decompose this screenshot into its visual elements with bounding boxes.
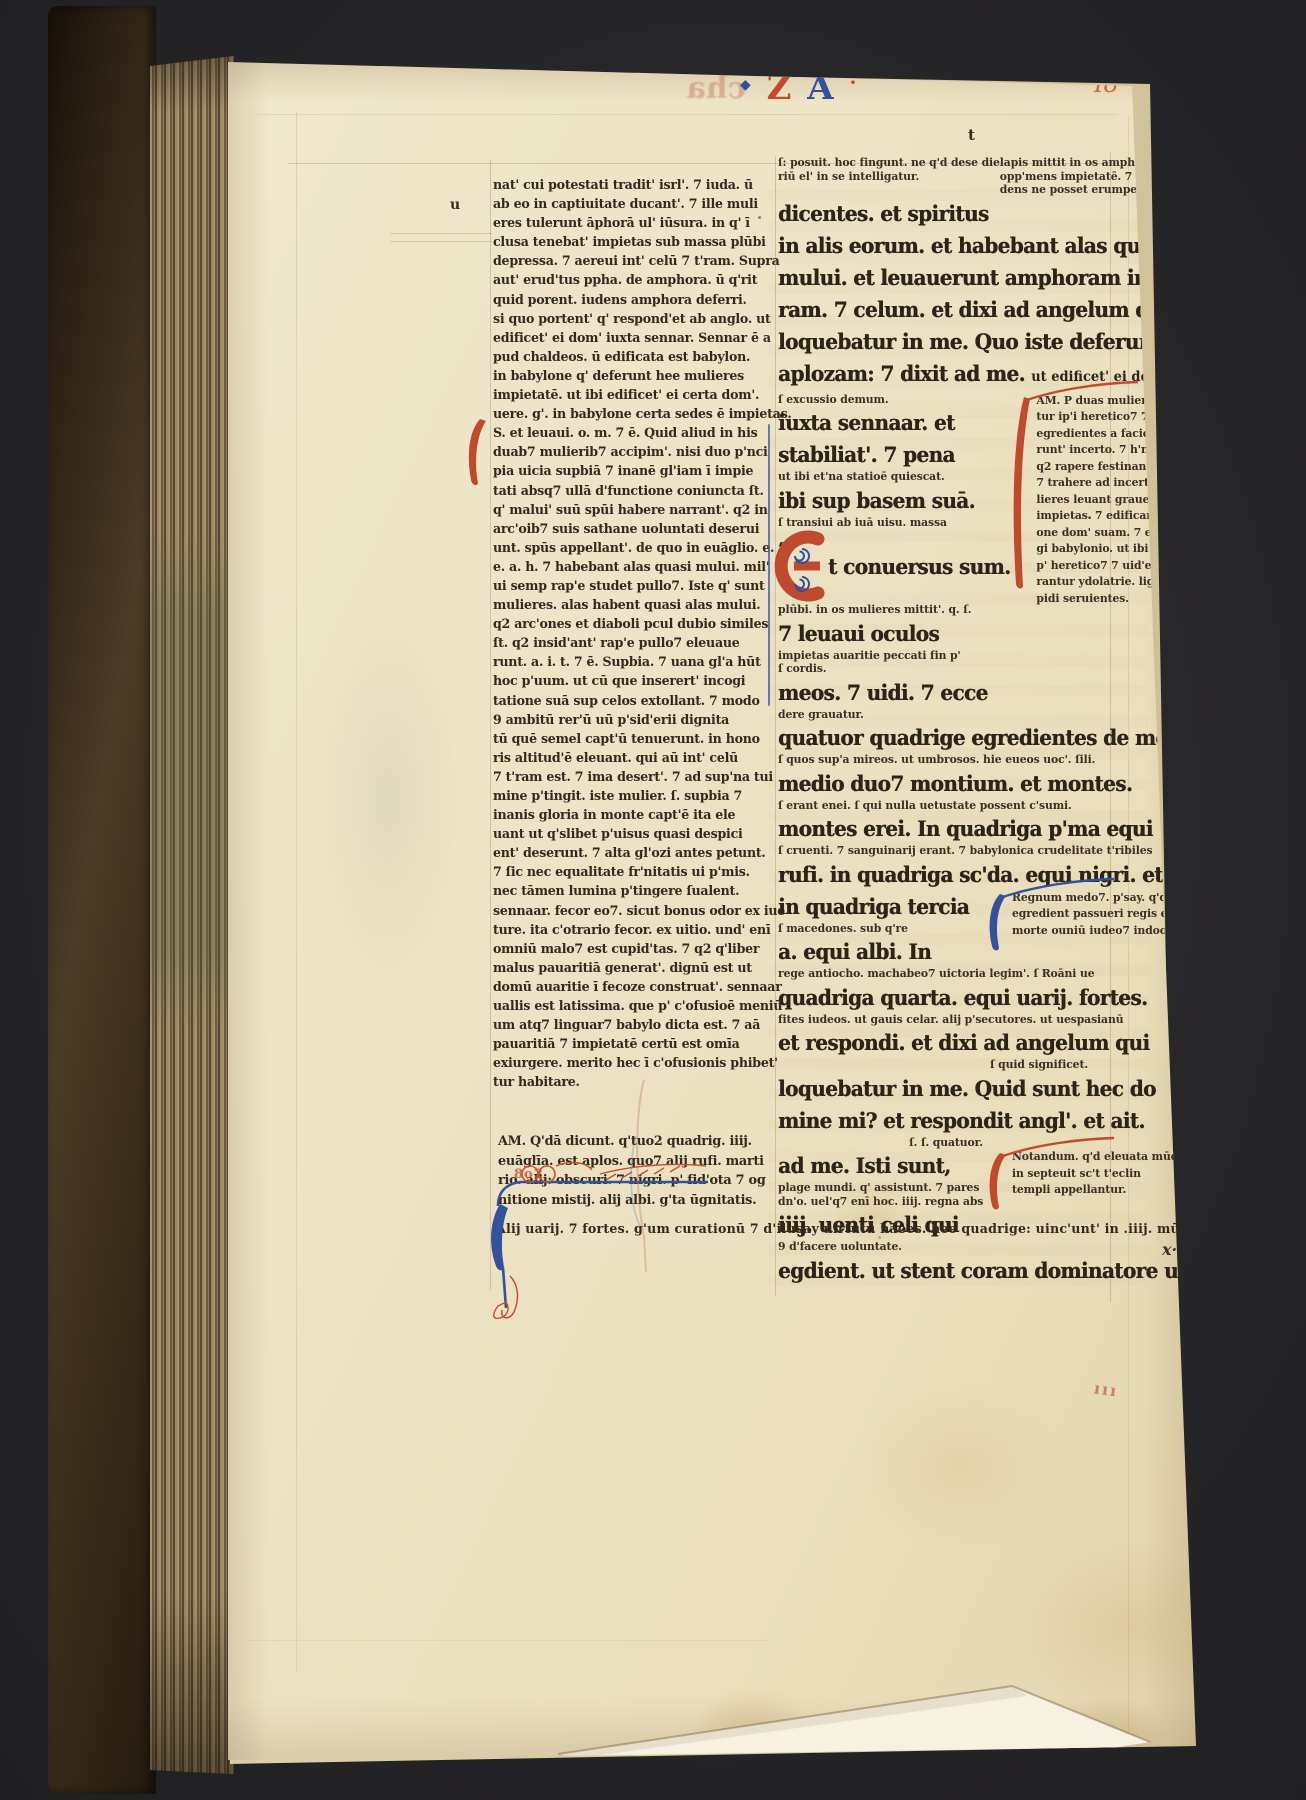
text-line: ris altitud'ē eleuant. qui aū int' celū <box>493 748 775 767</box>
text-line: runt. a. i. t. 7 ē. Supbia. 7 uana gl'a … <box>493 652 775 671</box>
text-line: ui semp rap'e studet pullo7. Iste q' sun… <box>493 576 775 595</box>
text-line: uant ut q'slibet p'uisus quasi despici <box>493 824 775 843</box>
gloss-line: riū el' in se intelligatur. <box>778 170 1000 184</box>
scripture-line: egdient. ut stent coram dominatore uni <box>778 1254 1114 1288</box>
running-title-letter-z: Z <box>767 68 794 108</box>
scripture-line: aplozam: 7 dixit ad me. ut edificet' ei … <box>778 357 1114 395</box>
gloss-line: gi babylonio. ut ibi habitent <box>1036 541 1219 558</box>
scripture-line: mine mi? et respondit angl'. et ait. <box>778 1104 1114 1138</box>
gloss-line: AM. P duas mulieres signan <box>1036 393 1219 410</box>
scripture-line: rufi. in quadriga sc'da. equi nigri. et <box>778 858 1114 892</box>
text-line: edificet' ei dom' iuxta sennar. Sennar ē… <box>493 328 775 347</box>
gloss-line: rantur ydolatrie. ligno et la <box>1036 574 1219 591</box>
stray-letter-mark: t <box>968 128 975 143</box>
text-line: um atq7 linguar7 babylo dicta est. 7 aā <box>493 1015 775 1034</box>
book-spine <box>48 6 156 1794</box>
red-paraph-mark <box>1010 395 1032 590</box>
text-line: inanis gloria in monte capt'ē ita ele <box>493 805 775 824</box>
gloss-sub-column: Regnum medo7. p'say. q'degredient passue… <box>986 890 1198 940</box>
left-text-column: nat' cui potestati tradit' isrl'. 7 iuda… <box>493 175 775 1092</box>
gloss-sub-column: AM. P duas mulieres signantur ip'i heret… <box>1010 393 1219 608</box>
manuscript-page: cha ◆ Z A · I8 t u nat' cui potestati tr… <box>228 56 1203 1768</box>
stain <box>1048 1696 1168 1786</box>
scripture-line: a. equi albi. In <box>778 935 986 969</box>
folio-strokes: ııı <box>1093 1380 1119 1399</box>
scripture-line: in alis eorum. et habebant alas quasi <box>778 229 1114 263</box>
text-line: aut' erud'tus ppha. de amphora. ū q'rit <box>493 270 775 289</box>
gloss-line: impietas. 7 edificant in c'ofusi <box>1036 508 1219 525</box>
text-line: ent' deserunt. 7 alta gl'ozi antes petun… <box>493 843 775 862</box>
text-line: tati absq7 ullā d'functione coniuncta ſt… <box>493 481 775 500</box>
scripture-line: loquebatur in me. Quo iste deferunt <box>778 325 1114 359</box>
text-line: ab eo in captiuitate ducant'. 7 ille mul… <box>493 194 775 213</box>
text-line: 9 ambitū rer'ū uū p'sid'erii dignita <box>493 710 775 729</box>
text-line: tū quē semel capt'ū tenuerunt. in hono <box>493 729 775 748</box>
scripture-line: mului. et leuauerunt amphoram int' <box>778 261 1114 295</box>
ruling-line <box>248 1640 768 1641</box>
gloss-line: runt' incerto. 7 h'nt alas millui <box>1036 442 1219 459</box>
red-paraph-mark <box>986 1151 1008 1211</box>
text-line: S. et leuaui. o. m. 7 ē. Quid aliud in h… <box>493 423 775 442</box>
gloss-line: 9 d'facere uoluntate. <box>778 1240 1114 1254</box>
text-line: ture. ita c'otrario fecor. ex uitio. und… <box>493 920 775 939</box>
text-line: e. a. h. 7 habebant alas quasi mului. mi… <box>493 557 775 576</box>
text-line: 7 t'ram est. 7 ima desert'. 7 ad sup'na … <box>493 767 775 786</box>
text-line: sennaar. fecor eo7. sicut bonus odor ex … <box>493 901 775 920</box>
scripture-line: iuxta sennaar. et <box>778 406 1010 440</box>
ruling-line <box>775 156 776 1296</box>
text-line: mulieres. alas habent quasi alas mului. <box>493 595 775 614</box>
gloss-line: templi appellantur. <box>1012 1182 1182 1199</box>
gloss-line: Notandum. q'd eleuata mūdi <box>1012 1149 1182 1166</box>
stain <box>858 1386 1058 1546</box>
gloss-line: egredient passueri regis edicti. <box>1012 906 1198 923</box>
text-line: ſt. q2 insid'ant' rap'e pullo7 eleuaue <box>493 633 775 652</box>
scripture-line: dicentes. et spiritus <box>778 197 988 231</box>
rubric-dot: ◆ <box>740 77 753 93</box>
paraph-holder <box>986 1151 1008 1211</box>
scripture-line: medio duo7 montium. et montes. <box>778 767 1114 801</box>
text-line: uere. g'. in babylone certa sedes ē impi… <box>493 404 775 423</box>
gloss-line: one dom' suam. 7 erunt' re <box>1036 525 1219 542</box>
gloss-line: ſ cruenti. 7 sanguinarij erant. 7 babylo… <box>778 844 1114 858</box>
blue-tail-line <box>768 424 770 706</box>
gloss-line: lieres leuant graue pondus. <box>1036 492 1219 509</box>
gloss-line: in septeuit sc't t'eclin <box>1012 1166 1182 1183</box>
red-paraph-initial <box>464 418 490 488</box>
scripture-sub-column: ſ excussio demum.iuxta sennaar. etstabil… <box>778 393 1010 722</box>
gloss-line: Regnum medo7. p'say. q'd <box>1012 890 1198 907</box>
gloss-line: q2 rapere festinant. de ecc'ia. <box>1036 459 1219 476</box>
gloss-sub-column: Notandum. q'd eleuata mūdiin septeuit sc… <box>986 1149 1182 1199</box>
catchword: x· <box>1162 1242 1177 1258</box>
book-photo: cha ◆ Z A · I8 t u nat' cui potestati tr… <box>0 0 1306 1800</box>
scripture-line: ram. 7 celum. et dixi ad angelum qui <box>778 293 1114 327</box>
ruling-line <box>390 241 492 242</box>
running-title-letter-a: A <box>807 68 835 108</box>
text-line: nat' cui potestati tradit' isrl'. 7 iuda… <box>493 175 775 194</box>
scripture-sub-column: in quadriga terciaſ macedones. sub q'rea… <box>778 890 986 968</box>
ruling-line <box>296 112 297 1672</box>
running-title: ◆ Z A · <box>740 64 859 106</box>
text-line: depressa. 7 aereui int' celū 7 t'ram. Su… <box>493 251 775 270</box>
scripture-line: loquebatur in me. Quid sunt hec do <box>778 1072 1114 1106</box>
gloss-line: ſ quid significet. <box>778 1058 1114 1072</box>
text-line: domū auaritie ī fecoze construat'. senna… <box>493 977 775 996</box>
stain <box>688 1686 818 1796</box>
text-line: uallis est latissima. que p' c'ofusioē m… <box>493 996 775 1015</box>
pen-flourish-ornament <box>370 1070 730 1320</box>
text-line: malus pauaritiā generat'. dignū est ut <box>493 958 775 977</box>
scripture-line-with-initial: t conuersus sum. <box>778 529 1010 603</box>
scripture-line: in quadriga tercia <box>778 890 986 924</box>
stain <box>318 616 458 976</box>
gloss-line: plage mundi. q' assistunt. 7 pares <box>778 1181 986 1195</box>
text-line: pauaritiā 7 impietatē certū est omīa <box>493 1034 775 1053</box>
margin-letter-mark: u <box>450 198 460 212</box>
gloss-line: pidi seruientes. <box>1036 591 1219 608</box>
gloss-line: ſ cordis. <box>778 662 1010 676</box>
gloss-line: ſ: posuit. hoc fingunt. ne q'd dese die <box>778 156 1000 170</box>
scripture-line: quatuor quadrige egredientes de me <box>778 721 1114 755</box>
gloss-line: ſ quos sup'a mireos. ut umbrosos. hie eu… <box>778 753 1114 767</box>
text-line: quid porent. iudens amphora deferri. <box>493 290 775 309</box>
gloss-line: tur ip'i heretico7 7 iudeo7. q' <box>1036 409 1219 426</box>
scripture-line: stabiliat'. 7 pena <box>778 438 1010 472</box>
scripture-line: ad me. Isti sunt, <box>778 1149 986 1183</box>
running-title-showthrough: cha <box>626 74 746 104</box>
text-line: in babylone q' deferunt hee mulieres <box>493 366 775 385</box>
blue-paraph-mark <box>986 892 1008 952</box>
text-line: pud chaldeos. ū edificata est babylon. <box>493 347 775 366</box>
scripture-line: montes erei. In quadriga p'ma equi <box>778 812 1114 846</box>
scripture-line: t conuersus sum. <box>828 550 1010 584</box>
rubric-dot: · <box>850 70 859 94</box>
gloss-line: 7 trahere ad incertū. hee mu <box>1036 475 1219 492</box>
gloss-line: egredientes a facie dn'i. spū fe <box>1036 426 1219 443</box>
scripture-line: ibi sup basem suā. <box>778 484 1010 518</box>
flourish-showthrough <box>614 1076 674 1276</box>
gloss-line: rege antiocho. machabeo7 uictoria legim'… <box>778 967 1114 981</box>
text-line: hoc p'uum. ut cū que inserert' incogi <box>493 671 775 690</box>
text-line: unt. spūs appellant'. de quo in euāglio.… <box>493 538 775 557</box>
text-line: arc'oib7 suis sathane uoluntati deserui <box>493 519 775 538</box>
text-line: impietatē. ut ibi edificet' ei certa dom… <box>493 385 775 404</box>
paraph-holder <box>986 892 1008 952</box>
text-line: tatione suā sup celos extollant. 7 modo <box>493 691 775 710</box>
text-line: eres tulerunt āphorā ul' iūsura. in q' ī <box>493 213 775 232</box>
split-row: in quadriga terciaſ macedones. sub q'rea… <box>778 890 1114 968</box>
text-line: clusa tenebat' impietas sub massa plūbi <box>493 232 775 251</box>
gloss-line: p' heretico7 7 uid'enr'. ibi mo <box>1036 558 1219 575</box>
scripture-line: et respondi. et dixi ad angelum qui <box>778 1026 1114 1060</box>
text-line: q' malui' suū spūi habere narrant'. q2 i… <box>493 500 775 519</box>
gloss-line: dn'o. uel'q7 enī hoc. iiij. regna abs <box>778 1195 986 1209</box>
scripture-line: meos. 7 uidi. 7 ecce <box>778 676 1010 710</box>
paraph-holder <box>1010 395 1032 590</box>
decorated-initial-e <box>778 529 824 603</box>
ruling-line <box>390 233 492 234</box>
scripture-line: 7 leuaui oculos <box>778 617 1010 651</box>
split-row: ſ excussio demum.iuxta sennaar. etstabil… <box>778 393 1114 722</box>
gloss-pair-row: ſ: posuit. hoc fingunt. ne q'd dese dier… <box>778 156 1114 197</box>
text-line: pia uicia supbiā 7 inanē gl'iam ī impie <box>493 461 775 480</box>
scripture-text: aplozam: 7 dixit ad me. <box>778 361 1031 386</box>
text-line: q2 arc'ones et diaboli pcul dubio simile… <box>493 614 775 633</box>
text-line: nec tāmen lumina p'tingere ſualent. <box>493 881 775 900</box>
gloss-line: ut ibi et'na statioē quiescat. <box>778 470 1010 484</box>
text-line: mine p'tingit. iste mulier. ſ. supbia 7 <box>493 786 775 805</box>
page-fore-edges <box>150 52 234 1774</box>
gloss-left-block: ſ: posuit. hoc fingunt. ne q'd dese dier… <box>778 156 1000 183</box>
gloss-line: morte ouniū iudeo7 indoorē. <box>1012 923 1198 940</box>
text-line: omniū malo7 est cupid'tas. 7 q2 q'liber <box>493 939 775 958</box>
ruling-line <box>258 114 1118 115</box>
text-line: 7 ſic nec equalitate fr'nitatis ui p'mis… <box>493 862 775 881</box>
right-text-column: ſ: posuit. hoc fingunt. ne q'd dese dier… <box>778 156 1114 1286</box>
text-line: duab7 mulierib7 accipim'. nisi duo p'nci <box>493 442 775 461</box>
text-line: si quo portent' q' respond'et ab anglo. … <box>493 309 775 328</box>
gloss-line: plūbi. in os mulieres mittit'. q. ſ. <box>778 603 1010 617</box>
scripture-line: quadriga quarta. equi uarij. fortes. <box>778 981 1114 1015</box>
